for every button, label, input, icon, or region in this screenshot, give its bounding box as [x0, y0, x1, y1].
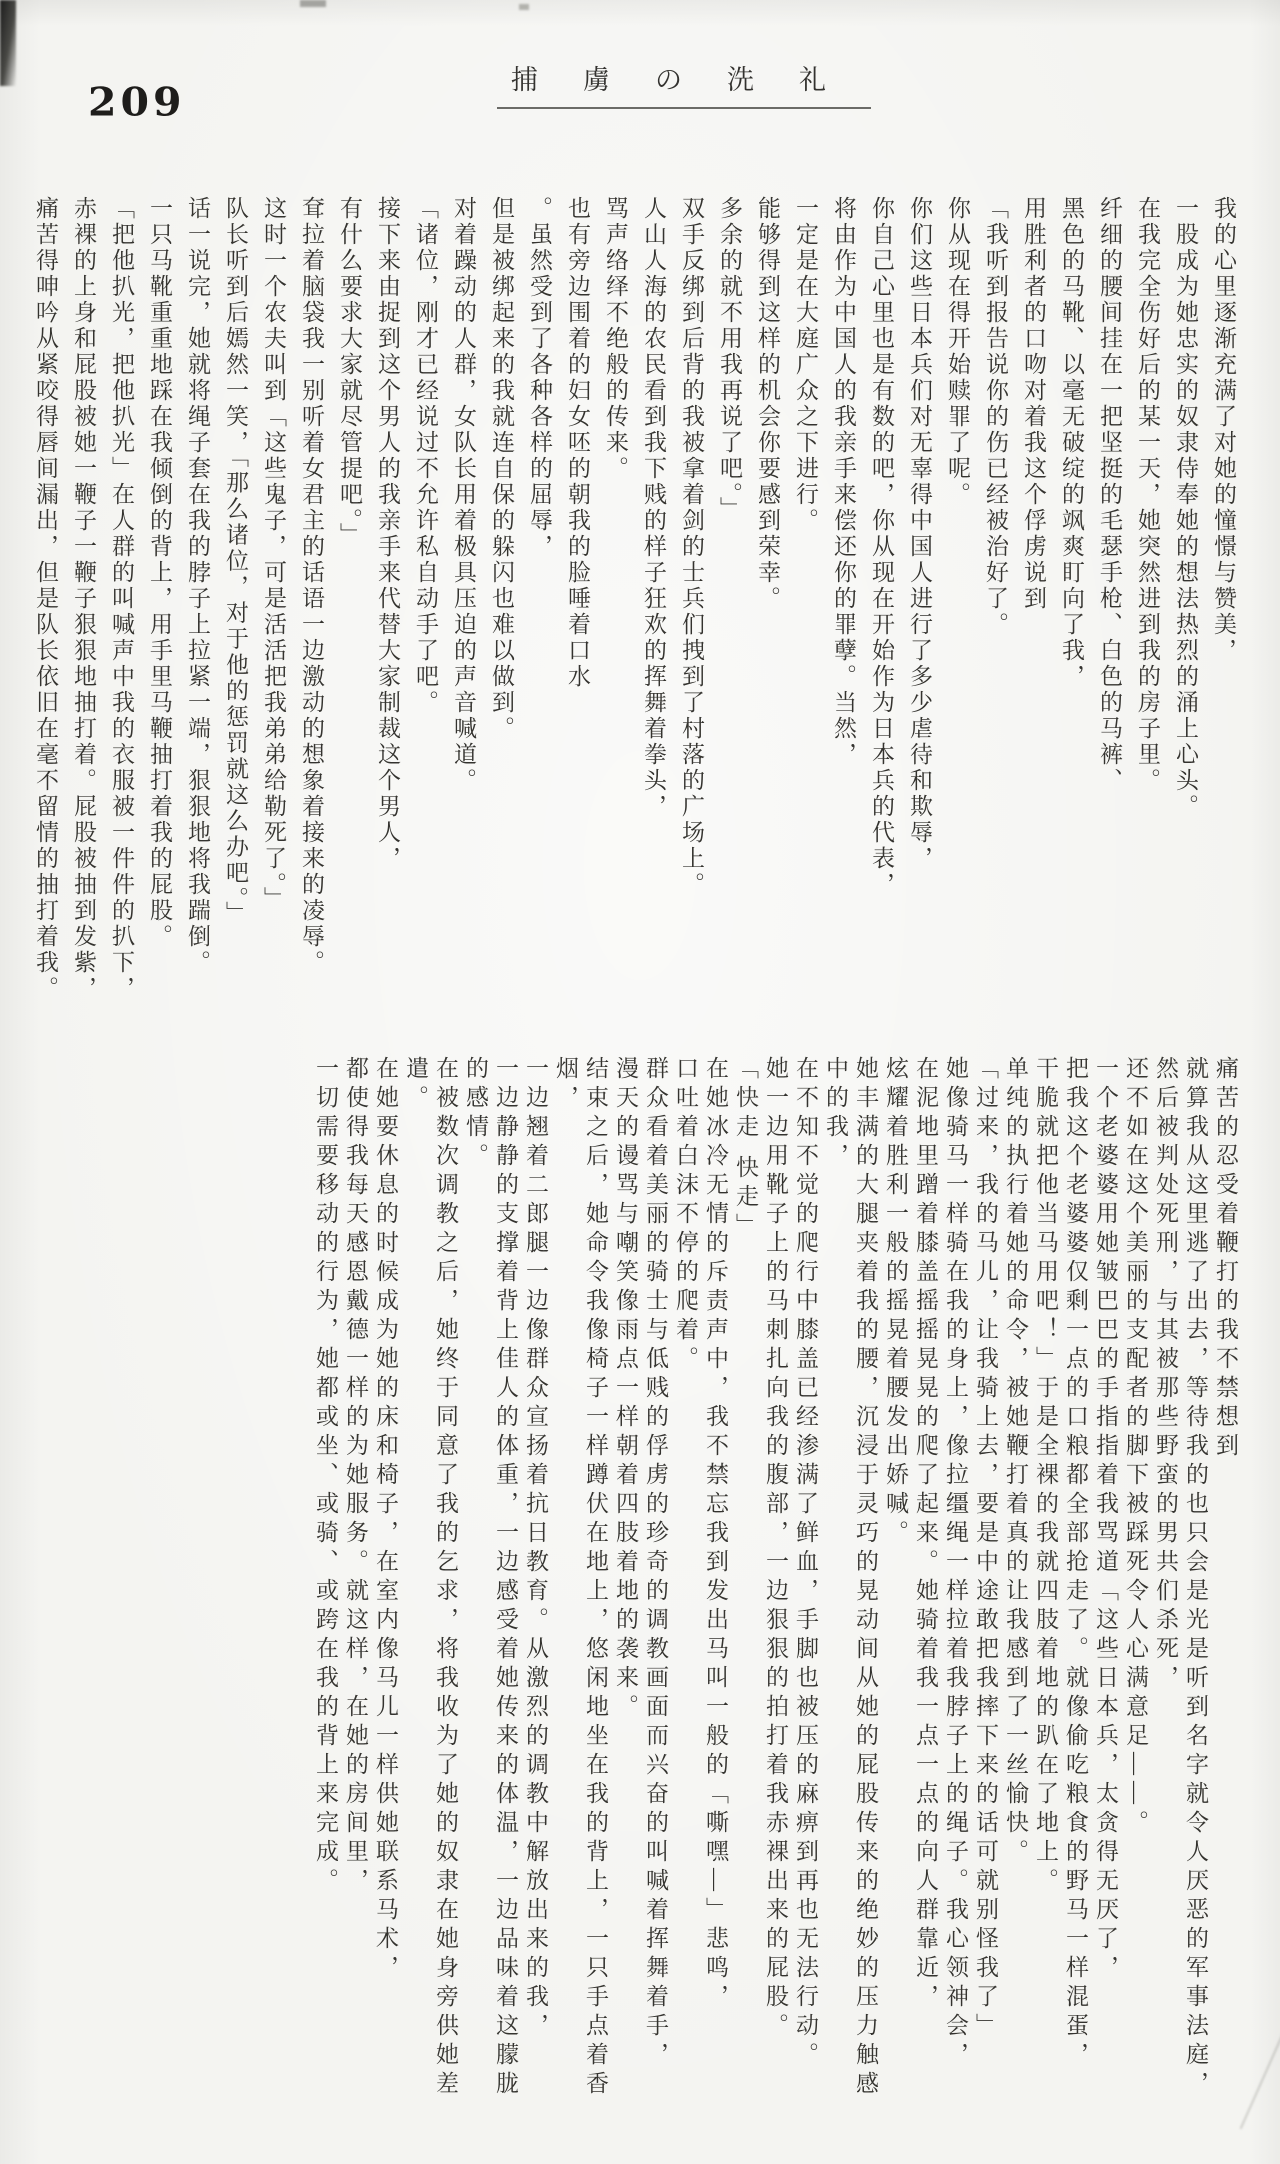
text-line: 但是被绑起来的我就连自保的躲闪也难以做到。 — [482, 196, 520, 1032]
text-line: 痛苦的忍受着鞭打的我不禁想到 — [1210, 1056, 1240, 2112]
text-line: 一个老婆婆用她皱巴巴的手指指着我骂道「这些日本兵，太贪得无厌了， — [1090, 1056, 1120, 2112]
text-line: 一边翘着二郎腿一边像群众宣扬着抗日教育。从激烈的调教中解放出来的我， — [520, 1056, 550, 2112]
text-line: 炫耀着胜利一般的摇晃着腰发出娇喊。 — [880, 1056, 910, 2112]
text-line: 也有旁边围着的妇女呸的朝我的脸唾着口水 — [558, 196, 596, 1032]
text-line: 「诸位，刚才已经说过不允许私自动手了吧。 — [406, 196, 444, 1032]
text-line: 将由作为中国人的我亲手来偿还你的罪孽。当然， — [824, 196, 862, 1032]
chapter-title: 捕虜の洗礼 — [497, 58, 871, 109]
text-line: 还不如在这个美丽的支配者的脚下被踩死令人心满意足——。 — [1120, 1056, 1150, 2112]
text-line: 一股成为她忠实的奴隶侍奉她的想法热烈的涌上心头。 — [1166, 196, 1204, 1032]
text-line: 她像骑马一样骑在我的身上，像拉缰绳一样拉着我脖子上的绳子。我心领神会， — [940, 1056, 970, 2112]
text-line: 一定是在大庭广众之下进行。 — [786, 196, 824, 1032]
text-line: 队长听到后嫣然一笑，「那么诸位，对于他的惩罚就这么办吧。」 — [216, 196, 254, 1032]
text-line: 有什么要求大家就尽管提吧。」 — [330, 196, 368, 1032]
text-line: 「过来，我的马儿，让我骑上去，要是中途敢把我摔下来的话可就别怪我了」 — [970, 1056, 1000, 2112]
scanned-page-sheet: 209 捕虜の洗礼 我的心里逐渐充满了对她的憧憬与赞美，一股成为她忠实的奴隶侍奉… — [0, 0, 1280, 2164]
text-line: 单纯的执行着她的命令，被她鞭打着真的让我感到了一丝愉快。 — [1000, 1056, 1030, 2112]
bottom-text-block: 痛苦的忍受着鞭打的我不禁想到就算我从这里逃了出去，等待我的也只会是光是听到名字就… — [158, 1056, 1240, 2112]
text-line: 用胜利者的口吻对着我这个俘虏说到 — [1014, 196, 1052, 1032]
text-line: 把我这个老婆婆仅剩一点的口粮都全部抢走了。就像偷吃粮食的野马一样混蛋， — [1060, 1056, 1090, 2112]
text-line: 赤裸的上身和屁股被她一鞭子一鞭子狠狠地抽打着。屁股被抽到发紫， — [64, 196, 102, 1032]
scan-mark-top-edge-small — [519, 4, 529, 10]
text-line: 我的心里逐渐充满了对她的憧憬与赞美， — [1204, 196, 1242, 1032]
text-line: 对着躁动的人群，女队长用着极具压迫的声音喊道。 — [444, 196, 482, 1032]
text-line: 耷拉着脑袋我一别听着女君主的话语一边激动的想象着接来的凌辱。 — [292, 196, 330, 1032]
text-line: 人山人海的农民看到我下贱的样子狂欢的挥舞着拳头， — [634, 196, 672, 1032]
text-line: 你自己心里也是有数的吧，你从现在开始作为日本兵的代表， — [862, 196, 900, 1032]
text-line: 双手反绑到后背的我被拿着剑的士兵们拽到了村落的广场上。 — [672, 196, 710, 1032]
text-line: 干脆就把他当马用吧！」于是全裸的我就四肢着地的趴在了地上。 — [1030, 1056, 1060, 2112]
scan-smudge-top-left — [0, 0, 16, 86]
text-line: 在她要休息的时候成为她的床和椅子，在室内像马儿一样供她联系马术， — [370, 1056, 400, 2112]
text-line: 她一边用靴子上的马刺扎向我的腹部，一边狠狠的拍打着我赤裸出来的屁股。 — [760, 1056, 790, 2112]
text-line: 她丰满的大腿夹着我的腰，沉浸于灵巧的晃动间从她的屁股传来的绝妙的压力触感中的我， — [820, 1056, 880, 2112]
text-line: 就算我从这里逃了出去，等待我的也只会是光是听到名字就令人厌恶的军事法庭， — [1180, 1056, 1210, 2112]
text-line: 结束之后，她命令我像椅子一样蹲伏在地上，悠闲地坐在我的背上，一只手点着香烟， — [550, 1056, 610, 2112]
text-line: 你们这些日本兵们对无辜得中国人进行了多少虐待和欺辱， — [900, 196, 938, 1032]
page-number: 209 — [88, 79, 186, 125]
text-line: 骂声络绎不绝般的传来。 — [596, 196, 634, 1032]
text-line: 一边静静的支撑着背上佳人的体重，一边感受着她传来的体温，一边品味着这朦胧的感情。 — [460, 1056, 520, 2112]
text-line: 你从现在得开始赎罪了呢。 — [938, 196, 976, 1032]
text-line: 然后被判处死刑，与其被那些野蛮的男共们杀死， — [1150, 1056, 1180, 2112]
text-line: 一切需要移动的行为，她都或坐、或骑、或跨在我的背上来完成。 — [310, 1056, 340, 2112]
text-line: 在泥地里蹭着膝盖摇摇晃晃的爬了起来。她骑着我一点一点的向人群靠近， — [910, 1056, 940, 2112]
scan-crease-bottom-right — [1240, 2019, 1280, 2129]
text-line: 「快走 快走」 — [730, 1056, 760, 2112]
text-line: 这时一个农夫叫到「这些鬼子，可是活活把我弟弟给勒死了。」 — [254, 196, 292, 1032]
text-line: 「把他扒光，把他扒光」在人群的叫喊声中我的衣服被一件件的扒下， — [102, 196, 140, 1032]
text-line: 痛苦得呻吟从紧咬得唇间漏出，但是队长依旧在毫不留情的抽打着我。 — [26, 196, 64, 1032]
text-line: 在被数次调教之后，她终于同意了我的乞求，将我收为了她的奴隶在她身旁供她差遣。 — [400, 1056, 460, 2112]
text-line: 漫天的谩骂与嘲笑像雨点一样朝着四肢着地的袭来。 — [610, 1056, 640, 2112]
text-line: 「我听到报告说你的伤已经被治好了。 — [976, 196, 1014, 1032]
top-text-block: 我的心里逐渐充满了对她的憧憬与赞美，一股成为她忠实的奴隶侍奉她的想法热烈的涌上心… — [30, 196, 1242, 1032]
text-line: 黑色的马靴、以毫无破绽的飒爽盯向了我， — [1052, 196, 1090, 1032]
text-line: 多余的就不用我再说了吧。」 — [710, 196, 748, 1032]
text-line: 群众看着美丽的骑士与低贱的俘虏的珍奇的调教画面而兴奋的叫喊着挥舞着手， — [640, 1056, 670, 2112]
text-line: 在她冰冷无情的斥责声中，我不禁忘我到发出马叫一般的「嘶嘿—」悲鸣， — [700, 1056, 730, 2112]
text-line: 接下来由捉到这个男人的我亲手来代替大家制裁这个男人， — [368, 196, 406, 1032]
scan-mark-top-edge — [300, 0, 326, 7]
text-line: 话一说完，她就将绳子套在我的脖子上拉紧一端，狠狠地将我踹倒。 — [178, 196, 216, 1032]
text-line: 纤细的腰间挂在一把坚挺的毛瑟手枪、白色的马裤、 — [1090, 196, 1128, 1032]
text-line: 在不知不觉的爬行中膝盖已经渗满了鲜血，手脚也被压的麻痹到再也无法行动。 — [790, 1056, 820, 2112]
text-line: 。虽然受到了各种各样的屈辱， — [520, 196, 558, 1032]
text-line: 都使得我每天感恩戴德一样的为她服务。就这样，在她的房间里， — [340, 1056, 370, 2112]
text-line: 能够得到这样的机会你要感到荣幸。 — [748, 196, 786, 1032]
text-line: 一只马靴重重地踩在我倾倒的背上，用手里马鞭抽打着我的屁股。 — [140, 196, 178, 1032]
text-line: 口吐着白沫不停的爬着。 — [670, 1056, 700, 2112]
text-line: 在我完全伤好后的某一天，她突然进到我的房子里。 — [1128, 196, 1166, 1032]
